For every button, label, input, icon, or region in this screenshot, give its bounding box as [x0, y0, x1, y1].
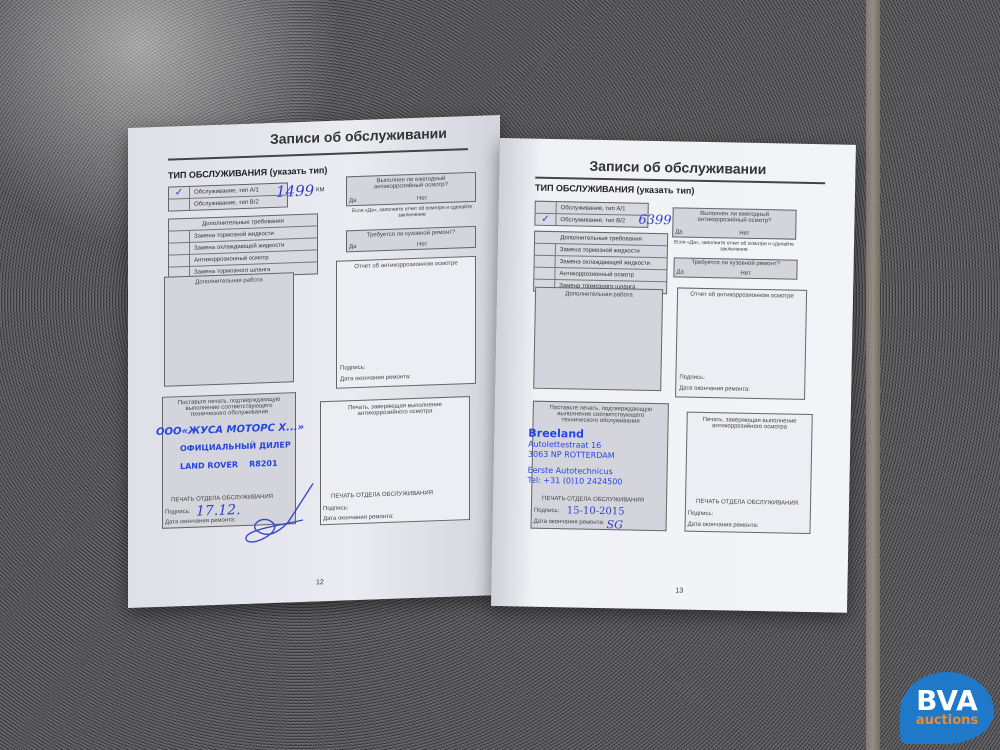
answer-yes[interactable]: Да — [676, 269, 684, 275]
anticorrosion-question-box: Выполнен ли ежегодный антикоррозийный ос… — [672, 207, 797, 239]
stone-joint — [866, 0, 880, 750]
checkbox[interactable] — [535, 256, 556, 267]
right-page: Записи об обслуживании ТИП ОБСЛУЖИВАНИЯ … — [491, 138, 856, 613]
answer-no[interactable]: Нет — [417, 242, 427, 248]
answer-no[interactable]: Нет — [739, 231, 749, 237]
dealer-stamp-line: Tel: +31 (0)10 2424500 — [527, 476, 622, 487]
dealer-stamp-line: 3063 NP ROTTERDAM — [528, 450, 615, 461]
service-type-heading: ТИП ОБСЛУЖИВАНИЯ (указать тип) — [168, 165, 327, 181]
checkbox-b2[interactable]: ✓ — [535, 214, 556, 225]
mileage-value: 1499 — [276, 181, 314, 200]
additional-work-box: Дополнительная работа — [164, 272, 294, 387]
anticorrosion-stamp-box: Печать, заверяющая выполнение антикорроз… — [684, 412, 812, 534]
answer-yes[interactable]: Да — [675, 229, 683, 235]
checkbox[interactable] — [535, 244, 556, 255]
service-type-table: ✓ Обслуживание, тип A/1 Обслуживание, ти… — [168, 182, 288, 211]
anticorrosion-note: Если «Да», заполните отчет об осмотре и … — [674, 239, 794, 253]
left-page: Записи об обслуживании ТИП ОБСЛУЖИВАНИЯ … — [128, 115, 500, 608]
title-rule — [168, 148, 468, 160]
checkbox[interactable] — [169, 231, 190, 243]
anticorrosion-stamp-box: Печать, заверяющая выполнение антикорроз… — [320, 396, 470, 525]
checkbox-a1[interactable]: ✓ — [169, 187, 190, 199]
checkbox-b2[interactable] — [169, 199, 190, 211]
page-title: Записи об обслуживании — [270, 125, 447, 147]
mileage-value: 6399 — [638, 213, 671, 229]
bva-auctions-logo: BVA auctions — [900, 672, 994, 744]
checkbox[interactable] — [534, 268, 555, 279]
requirement-item: Замена охлаждающей жидкости — [556, 259, 667, 267]
requirement-item: Замена тормозной жидкости — [190, 229, 317, 239]
requirement-item: Замена тормозной жидкости — [556, 247, 667, 255]
requirement-item: Антикоррозионный осмотр — [190, 253, 317, 263]
service-type-table: Обслуживание, тип A/1 ✓ Обслуживание, ти… — [534, 201, 648, 228]
additional-work-box: Дополнительная работа — [533, 287, 663, 391]
answer-yes[interactable]: Да — [349, 244, 356, 250]
dealer-stamp-line: Autolettestraat 16 — [528, 440, 601, 450]
extra-requirements-table: Дополнительные требования Замена тормозн… — [533, 231, 668, 295]
extra-requirements-table: Дополнительные требования Замена тормозн… — [168, 213, 318, 279]
body-repair-question-box: Требуется ли кузовной ремонт? Да Нет — [346, 226, 476, 253]
signature-date: 15-10-2015 — [567, 505, 625, 517]
page-number: 12 — [316, 579, 324, 586]
anticorrosion-question-box: Выполнен ли ежегодный антикоррозийный ос… — [346, 172, 476, 207]
dealer-stamp-line: Eerste Autotechnicus — [528, 466, 613, 477]
checkbox-a1[interactable] — [536, 202, 557, 213]
checkbox[interactable] — [169, 255, 190, 267]
page-title: Записи об обслуживании — [589, 158, 766, 177]
checkbox[interactable] — [169, 243, 190, 255]
anticorrosion-report-box: Отчет об антикоррозионном осмотре Подпис… — [336, 256, 476, 389]
answer-no[interactable]: Нет — [740, 271, 750, 277]
answer-yes[interactable]: Да — [349, 198, 356, 204]
dealer-stamp-line: Breeland — [528, 427, 584, 441]
mileage-unit: КМ — [316, 187, 325, 193]
signature-initials: SG — [606, 518, 623, 531]
handwritten-signature — [228, 481, 318, 554]
answer-no[interactable]: Нет — [417, 196, 427, 202]
body-repair-question-box: Требуется ли кузовной ремонт? Да Нет — [673, 257, 797, 279]
service-type-heading: ТИП ОБСЛУЖИВАНИЯ (указать тип) — [535, 183, 695, 196]
requirement-item: Антикоррозионный осмотр — [555, 271, 666, 279]
requirement-item: Замена охлаждающей жидкости — [190, 241, 317, 251]
anticorrosion-note: Если «Да», заполните отчет об осмотре и … — [350, 204, 474, 220]
anticorrosion-report-box: Отчет об антикоррозионном осмотре Подпис… — [675, 287, 807, 399]
page-number: 13 — [675, 587, 683, 594]
